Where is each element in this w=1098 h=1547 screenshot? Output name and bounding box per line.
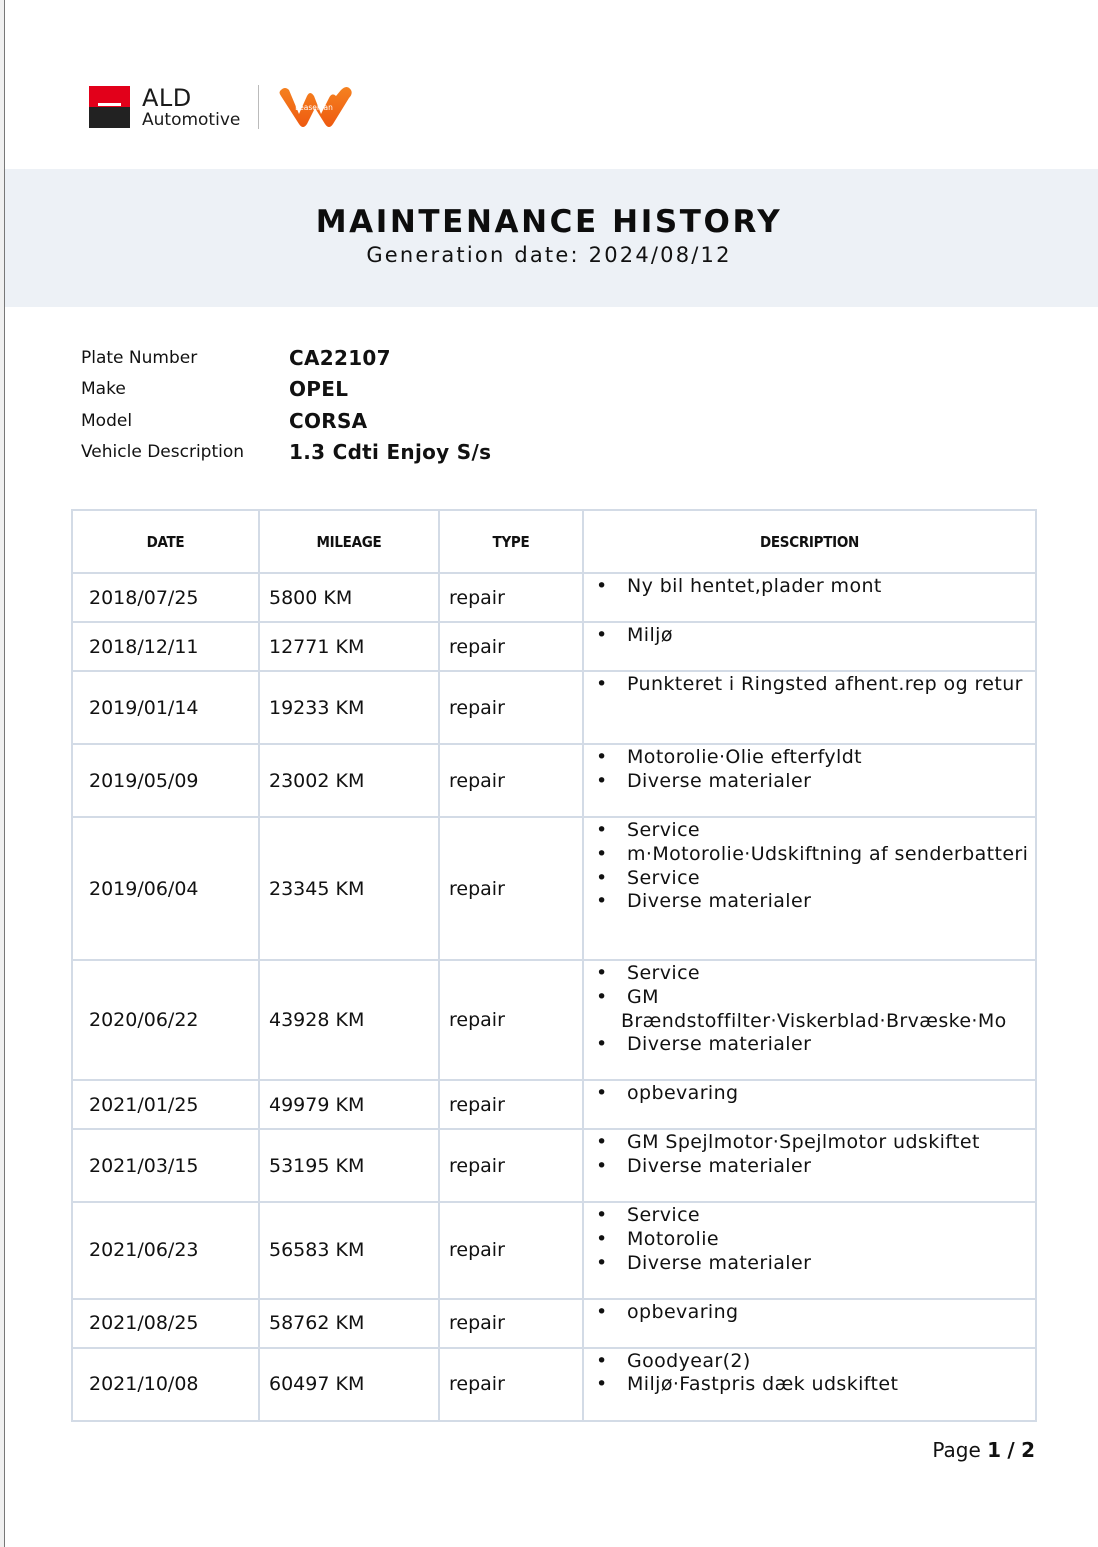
cell-date: 2018/07/25 xyxy=(72,573,259,622)
page-title: MAINTENANCE HISTORY xyxy=(0,204,1098,240)
table-row: 2021/03/1553195 KMrepairGM Spejlmotor·Sp… xyxy=(72,1129,1036,1202)
vehicle-make-value: OPEL xyxy=(289,377,348,401)
description-item: Motorolie xyxy=(584,1228,1029,1252)
cell-date: 2021/03/15 xyxy=(72,1129,259,1202)
page-number: Page 1 / 2 xyxy=(932,1438,1035,1462)
description-item: Goodyear(2) xyxy=(584,1350,1029,1374)
description-item: Service xyxy=(584,867,1029,891)
ald-logo-line1: ALD xyxy=(142,86,240,110)
description-list: Servicem·Motorolie·Udskiftning af sender… xyxy=(584,819,1029,914)
cell-type: repair xyxy=(439,1080,583,1129)
description-text: Diverse materialer xyxy=(621,1155,1029,1179)
table-row: 2021/10/0860497 KMrepairGoodyear(2)Miljø… xyxy=(72,1348,1036,1421)
vehicle-model-label: Model xyxy=(81,411,289,431)
description-text: Ny bil hentet,plader mont xyxy=(621,575,1029,599)
description-list: Ny bil hentet,plader mont xyxy=(584,575,1029,599)
vehicle-model-row: Model CORSA xyxy=(81,405,491,437)
description-text: GM Spejlmotor·Spejlmotor udskiftet xyxy=(621,1131,1029,1155)
description-text: Diverse materialer xyxy=(621,770,1029,794)
cell-type: repair xyxy=(439,573,583,622)
vehicle-plate-row: Plate Number CA22107 xyxy=(81,342,491,374)
description-item: Ny bil hentet,plader mont xyxy=(584,575,1029,599)
description-item: Service xyxy=(584,1204,1029,1228)
description-item: opbevaring xyxy=(584,1082,1029,1106)
cell-type: repair xyxy=(439,817,583,960)
cell-description: opbevaring xyxy=(583,1080,1036,1129)
ald-logo-line2: Automotive xyxy=(142,112,240,129)
page-label: Page xyxy=(932,1438,980,1462)
vehicle-description-value: 1.3 Cdti Enjoy S/s xyxy=(289,440,491,464)
description-list: ServiceGM Brændstoffilter·Viskerblad·Brv… xyxy=(584,962,1029,1057)
description-text: Goodyear(2) xyxy=(621,1350,1029,1374)
description-list: Punkteret i Ringsted afhent.rep og retur xyxy=(584,673,1029,697)
column-header-date: DATE xyxy=(72,510,259,573)
description-item: GM Brændstoffilter·Viskerblad·Brvæske·Mo xyxy=(584,986,1029,1034)
description-item: Motorolie·Olie efterfyldt xyxy=(584,746,1029,770)
cell-description: Ny bil hentet,plader mont xyxy=(583,573,1036,622)
description-list: Motorolie·Olie efterfyldtDiverse materia… xyxy=(584,746,1029,794)
cell-mileage: 23002 KM xyxy=(259,744,439,817)
cell-date: 2019/05/09 xyxy=(72,744,259,817)
description-text: Miljø·Fastpris dæk udskiftet xyxy=(621,1373,1029,1397)
cell-mileage: 56583 KM xyxy=(259,1202,439,1298)
description-text: Motorolie xyxy=(621,1228,1029,1252)
cell-date: 2019/01/14 xyxy=(72,671,259,744)
vehicle-description-label: Vehicle Description xyxy=(81,442,289,462)
description-text: Service xyxy=(621,962,1029,986)
cell-type: repair xyxy=(439,744,583,817)
leaseplan-logo-text: LeasePlan xyxy=(295,103,333,112)
logo-divider xyxy=(258,85,259,129)
description-item: Diverse materialer xyxy=(584,1155,1029,1179)
description-list: opbevaring xyxy=(584,1301,1029,1325)
vehicle-make-row: Make OPEL xyxy=(81,374,491,406)
cell-description: Goodyear(2)Miljø·Fastpris dæk udskiftet xyxy=(583,1348,1036,1421)
description-item: Punkteret i Ringsted afhent.rep og retur xyxy=(584,673,1029,697)
cell-type: repair xyxy=(439,671,583,744)
description-list: Goodyear(2)Miljø·Fastpris dæk udskiftet xyxy=(584,1350,1029,1398)
description-text: Diverse materialer xyxy=(621,890,1029,914)
cell-mileage: 19233 KM xyxy=(259,671,439,744)
description-list: opbevaring xyxy=(584,1082,1029,1106)
cell-mileage: 58762 KM xyxy=(259,1299,439,1348)
cell-description: opbevaring xyxy=(583,1299,1036,1348)
cell-description: Miljø xyxy=(583,622,1036,671)
description-item: Service xyxy=(584,819,1029,843)
cell-mileage: 53195 KM xyxy=(259,1129,439,1202)
current-page: 1 xyxy=(987,1438,1001,1462)
cell-description: Motorolie·Olie efterfyldtDiverse materia… xyxy=(583,744,1036,817)
description-list: ServiceMotorolieDiverse materialer xyxy=(584,1204,1029,1275)
description-item: Diverse materialer xyxy=(584,1033,1029,1057)
table-row: 2018/07/255800 KMrepairNy bil hentet,pla… xyxy=(72,573,1036,622)
description-item: Diverse materialer xyxy=(584,770,1029,794)
cell-mileage: 5800 KM xyxy=(259,573,439,622)
cell-mileage: 23345 KM xyxy=(259,817,439,960)
description-text: Motorolie·Olie efterfyldt xyxy=(621,746,1029,770)
ald-logo-text: ALD Automotive xyxy=(142,86,240,129)
table-row: 2019/05/0923002 KMrepairMotorolie·Olie e… xyxy=(72,744,1036,817)
cell-date: 2021/08/25 xyxy=(72,1299,259,1348)
cell-date: 2018/12/11 xyxy=(72,622,259,671)
cell-description: ServiceGM Brændstoffilter·Viskerblad·Brv… xyxy=(583,960,1036,1080)
description-item: opbevaring xyxy=(584,1301,1029,1325)
table-row: 2021/01/2549979 KMrepairopbevaring xyxy=(72,1080,1036,1129)
cell-date: 2020/06/22 xyxy=(72,960,259,1080)
table-row: 2019/01/1419233 KMrepairPunkteret i Ring… xyxy=(72,671,1036,744)
cell-type: repair xyxy=(439,622,583,671)
cell-description: ServiceMotorolieDiverse materialer xyxy=(583,1202,1036,1298)
table-row: 2018/12/1112771 KMrepairMiljø xyxy=(72,622,1036,671)
page-separator: / xyxy=(1007,1438,1014,1462)
leaseplan-logo-icon: LeasePlan xyxy=(277,84,355,130)
cell-date: 2021/10/08 xyxy=(72,1348,259,1421)
cell-type: repair xyxy=(439,1202,583,1298)
vehicle-info: Plate Number CA22107 Make OPEL Model COR… xyxy=(81,342,491,468)
cell-mileage: 60497 KM xyxy=(259,1348,439,1421)
vehicle-plate-value: CA22107 xyxy=(289,346,391,370)
table-row: 2019/06/0423345 KMrepairServicem·Motorol… xyxy=(72,817,1036,960)
description-text: GM Brændstoffilter·Viskerblad·Brvæske·Mo xyxy=(621,986,1029,1034)
cell-type: repair xyxy=(439,1348,583,1421)
description-text: m·Motorolie·Udskiftning af senderbatteri xyxy=(621,843,1029,867)
vehicle-plate-label: Plate Number xyxy=(81,348,289,368)
cell-date: 2021/06/23 xyxy=(72,1202,259,1298)
description-list: GM Spejlmotor·Spejlmotor udskiftetDivers… xyxy=(584,1131,1029,1179)
cell-type: repair xyxy=(439,1299,583,1348)
description-text: Punkteret i Ringsted afhent.rep og retur xyxy=(621,673,1029,697)
description-text: Service xyxy=(621,819,1029,843)
cell-description: GM Spejlmotor·Spejlmotor udskiftetDivers… xyxy=(583,1129,1036,1202)
description-item: m·Motorolie·Udskiftning af senderbatteri xyxy=(584,843,1029,867)
total-pages: 2 xyxy=(1021,1438,1035,1462)
description-text: opbevaring xyxy=(621,1082,1029,1106)
cell-type: repair xyxy=(439,960,583,1080)
description-item: Miljø xyxy=(584,624,1029,648)
generation-date: Generation date: 2024/08/12 xyxy=(0,243,1098,267)
cell-type: repair xyxy=(439,1129,583,1202)
table-row: 2021/06/2356583 KMrepairServiceMotorolie… xyxy=(72,1202,1036,1298)
description-text: Diverse materialer xyxy=(621,1252,1029,1276)
description-item: Miljø·Fastpris dæk udskiftet xyxy=(584,1373,1029,1397)
description-list: Miljø xyxy=(584,624,1029,648)
description-text: Miljø xyxy=(621,624,1029,648)
cell-mileage: 49979 KM xyxy=(259,1080,439,1129)
ald-logo-icon xyxy=(89,86,130,128)
cell-date: 2021/01/25 xyxy=(72,1080,259,1129)
column-header-type: TYPE xyxy=(439,510,583,573)
description-text: Service xyxy=(621,1204,1029,1228)
cell-description: Punkteret i Ringsted afhent.rep og retur xyxy=(583,671,1036,744)
description-item: Diverse materialer xyxy=(584,890,1029,914)
vehicle-make-label: Make xyxy=(81,379,289,399)
vehicle-description-row: Vehicle Description 1.3 Cdti Enjoy S/s xyxy=(81,437,491,469)
description-text: opbevaring xyxy=(621,1301,1029,1325)
cell-description: Servicem·Motorolie·Udskiftning af sender… xyxy=(583,817,1036,960)
column-header-description: DESCRIPTION xyxy=(583,510,1036,573)
table-header-row: DATE MILEAGE TYPE DESCRIPTION xyxy=(72,510,1036,573)
cell-mileage: 43928 KM xyxy=(259,960,439,1080)
maintenance-table: DATE MILEAGE TYPE DESCRIPTION 2018/07/25… xyxy=(71,509,1037,1422)
cell-mileage: 12771 KM xyxy=(259,622,439,671)
column-header-mileage: MILEAGE xyxy=(259,510,439,573)
description-text: Diverse materialer xyxy=(621,1033,1029,1057)
vehicle-model-value: CORSA xyxy=(289,409,367,433)
description-item: Service xyxy=(584,962,1029,986)
cell-date: 2019/06/04 xyxy=(72,817,259,960)
description-text: Service xyxy=(621,867,1029,891)
table-row: 2020/06/2243928 KMrepairServiceGM Brænds… xyxy=(72,960,1036,1080)
description-item: GM Spejlmotor·Spejlmotor udskiftet xyxy=(584,1131,1029,1155)
logo-bar: ALD Automotive LeasePlan xyxy=(89,84,355,130)
description-item: Diverse materialer xyxy=(584,1252,1029,1276)
table-row: 2021/08/2558762 KMrepairopbevaring xyxy=(72,1299,1036,1348)
